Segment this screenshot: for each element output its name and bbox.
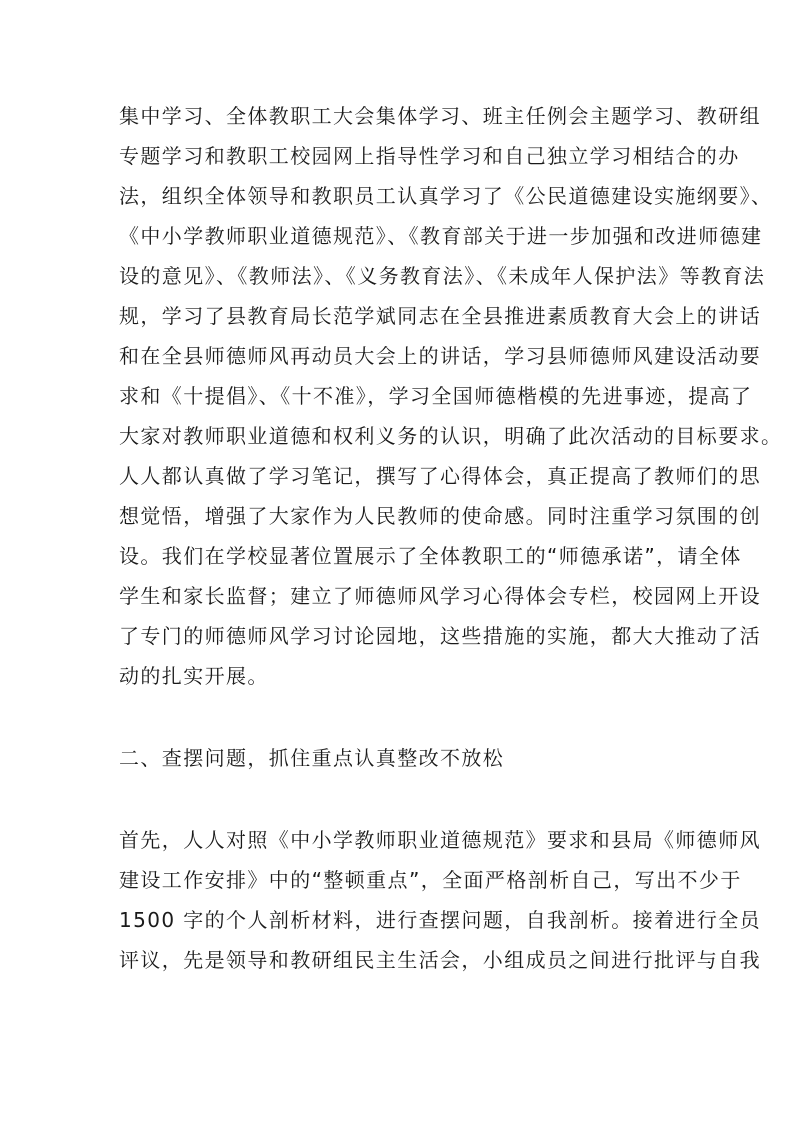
paragraph-1-line-12: 设。我们在学校显著位置展示了全体教职工的“师德承诺”，请全体 [119, 542, 742, 570]
paragraph-1-line-10: 人人都认真做了学习笔记，撰写了心得体会，真正提高了教师们的思 [119, 462, 761, 490]
paragraph-1-line-13: 学生和家长监督；建立了师德师风学习心得体会专栏，校园网上开设 [119, 582, 761, 610]
paragraph-2-line-1: 首先，人人对照《中小学教师职业道德规范》要求和县局《师德师风 [119, 826, 761, 854]
paragraph-2-line-2: 建设工作安排》中的“整顿重点”，全面严格剖析自己，写出不少于 [119, 866, 742, 894]
paragraph-1-line-8: 求和《十提倡》、《十不准》，学习全国师德楷模的先进事迹，提高了 [119, 382, 752, 410]
paragraph-1-line-3: 法，组织全体领导和教职员工认真学习了《公民道德建设实施纲要》、 [119, 182, 772, 210]
paragraph-1-line-14: 了专门的师德师风学习讨论园地，这些措施的实施，都大大推动了活 [119, 622, 761, 650]
paragraph-1-line-5: 设的意见》、《教师法》、《义务教育法》、《未成年人保护法》等教育法 [119, 262, 765, 290]
paragraph-2-line-4: 评议，先是领导和教研组民主生活会，小组成员之间进行批评与自我 [119, 946, 761, 974]
paragraph-1-line-2: 专题学习和教职工校园网上指导性学习和自己独立学习相结合的办 [119, 142, 740, 170]
paragraph-1-line-9: 大家对教师职业道德和权利义务的认识，明确了此次活动的目标要求。 [119, 422, 782, 450]
paragraph-1-line-7: 和在全县师德师风再动员大会上的讲话，学习县师德师风建设活动要 [119, 342, 761, 370]
paragraph-1-line-15: 动的扎实开展。 [119, 662, 269, 690]
section-heading: 二、查摆问题，抓住重点认真整改不放松 [119, 744, 504, 772]
paragraph-2-line-3: 1500 字的个人剖析材料，进行查摆问题，自我剖析。接着进行全员 [119, 906, 761, 934]
paragraph-1-line-11: 想觉悟，增强了大家作为人民教师的使命感。同时注重学习氛围的创 [119, 502, 761, 530]
paragraph-1-line-4: 《中小学教师职业道德规范》、《教育部关于进一步加强和改进师德建 [119, 222, 762, 250]
paragraph-1-line-1: 集中学习、全体教职工大会集体学习、班主任例会主题学习、教研组 [119, 102, 761, 130]
paragraph-1-line-6: 规，学习了县教育局长范学斌同志在全县推进素质教育大会上的讲话 [119, 302, 761, 330]
